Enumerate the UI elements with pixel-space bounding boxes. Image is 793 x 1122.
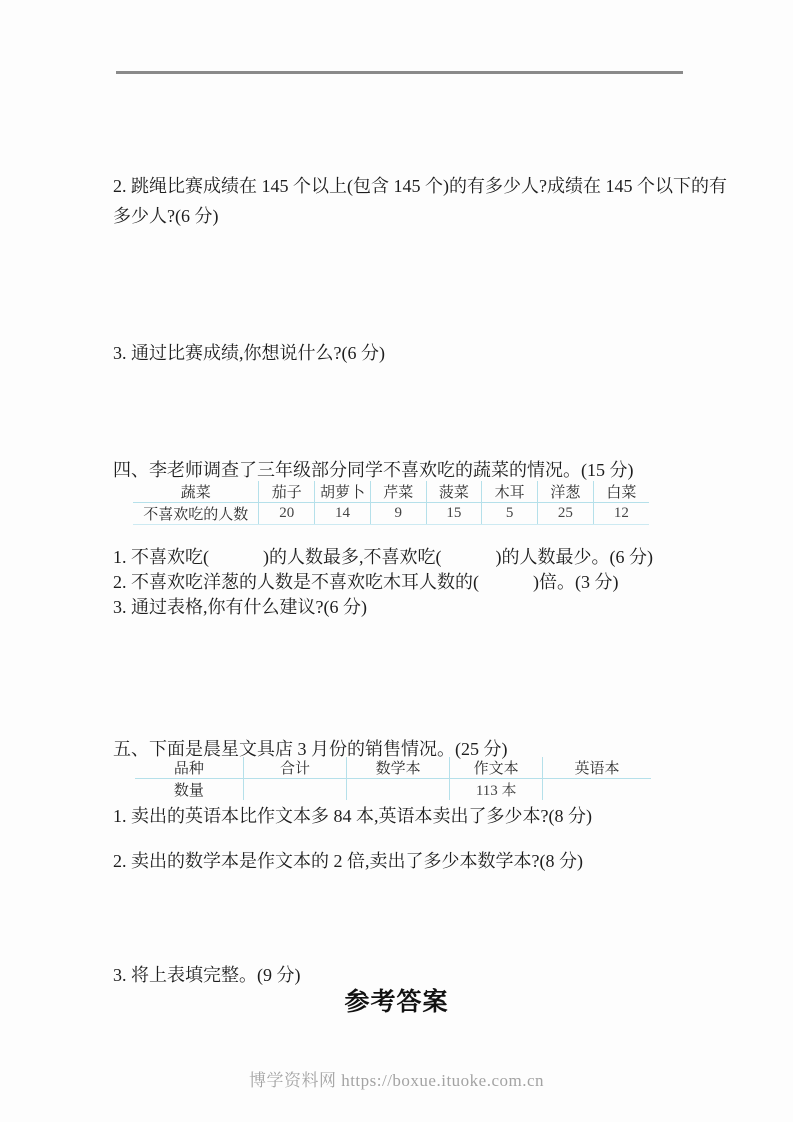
table-header-cell: 芹菜 bbox=[370, 481, 426, 503]
table-cell: 9 bbox=[370, 503, 426, 525]
table-cell: 113 本 bbox=[450, 779, 543, 801]
section4-question-3: 3. 通过表格,你有什么建议?(6 分) bbox=[113, 595, 653, 620]
row-label-cell: 数量 bbox=[135, 779, 243, 801]
table-cell-empty bbox=[243, 779, 346, 801]
table-header-cell: 蔬菜 bbox=[133, 481, 259, 503]
table-cell: 25 bbox=[538, 503, 594, 525]
question-jump-rope: 2. 跳绳比赛成绩在 145 个以上(包含 145 个)的有多少人?成绩在 14… bbox=[113, 171, 727, 231]
answers-heading: 参考答案 bbox=[0, 982, 793, 1018]
question-jump-rope-line2: 多少人?(6 分) bbox=[113, 201, 727, 231]
table-cell: 20 bbox=[259, 503, 315, 525]
row-label-cell: 不喜欢吃的人数 bbox=[133, 503, 259, 525]
table-header-cell: 数学本 bbox=[347, 757, 450, 779]
table-row: 品种 合计 数学本 作文本 英语本 bbox=[135, 757, 651, 779]
table-header-cell: 茄子 bbox=[259, 481, 315, 503]
stationery-sales-table: 品种 合计 数学本 作文本 英语本 数量 113 本 bbox=[135, 757, 651, 800]
table-header-cell: 胡萝卜 bbox=[315, 481, 371, 503]
table-header-cell: 品种 bbox=[135, 757, 243, 779]
table-cell: 5 bbox=[482, 503, 538, 525]
table-header-cell: 洋葱 bbox=[538, 481, 594, 503]
vegetable-survey-table: 蔬菜 茄子 胡萝卜 芹菜 菠菜 木耳 洋葱 白菜 不喜欢吃的人数 20 14 9… bbox=[133, 481, 649, 525]
table-header-cell: 合计 bbox=[243, 757, 346, 779]
table-header-cell: 菠菜 bbox=[426, 481, 482, 503]
top-divider-rule bbox=[116, 71, 683, 74]
section4-question-2: 2. 不喜欢吃洋葱的人数是不喜欢吃木耳人数的( )倍。(3 分) bbox=[113, 570, 653, 595]
table-row: 数量 113 本 bbox=[135, 779, 651, 801]
table-cell-empty bbox=[543, 779, 651, 801]
table-row: 蔬菜 茄子 胡萝卜 芹菜 菠菜 木耳 洋葱 白菜 bbox=[133, 481, 649, 503]
table-header-cell: 作文本 bbox=[450, 757, 543, 779]
table-cell: 14 bbox=[315, 503, 371, 525]
table-row: 不喜欢吃的人数 20 14 9 15 5 25 12 bbox=[133, 503, 649, 525]
table-header-cell: 英语本 bbox=[543, 757, 651, 779]
test-paper-page: 2. 跳绳比赛成绩在 145 个以上(包含 145 个)的有多少人?成绩在 14… bbox=[0, 0, 793, 1122]
table-header-cell: 白菜 bbox=[593, 481, 649, 503]
section4-questions: 1. 不喜欢吃( )的人数最多,不喜欢吃( )的人数最少。(6 分) 2. 不喜… bbox=[113, 545, 653, 620]
watermark: 博学资料网 https://boxue.ituoke.com.cn bbox=[0, 1066, 793, 1091]
question-jump-rope-line1: 2. 跳绳比赛成绩在 145 个以上(包含 145 个)的有多少人?成绩在 14… bbox=[113, 171, 727, 201]
section5-question-2: 2. 卖出的数学本是作文本的 2 倍,卖出了多少本数学本?(8 分) bbox=[113, 846, 583, 876]
table-cell-empty bbox=[347, 779, 450, 801]
section4-question-1: 1. 不喜欢吃( )的人数最多,不喜欢吃( )的人数最少。(6 分) bbox=[113, 545, 653, 570]
table-header-cell: 木耳 bbox=[482, 481, 538, 503]
table-cell: 15 bbox=[426, 503, 482, 525]
section5-question-1: 1. 卖出的英语本比作文本多 84 本,英语本卖出了多少本?(8 分) bbox=[113, 801, 592, 831]
table-cell: 12 bbox=[593, 503, 649, 525]
question-competition-opinion: 3. 通过比赛成绩,你想说什么?(6 分) bbox=[113, 338, 385, 368]
